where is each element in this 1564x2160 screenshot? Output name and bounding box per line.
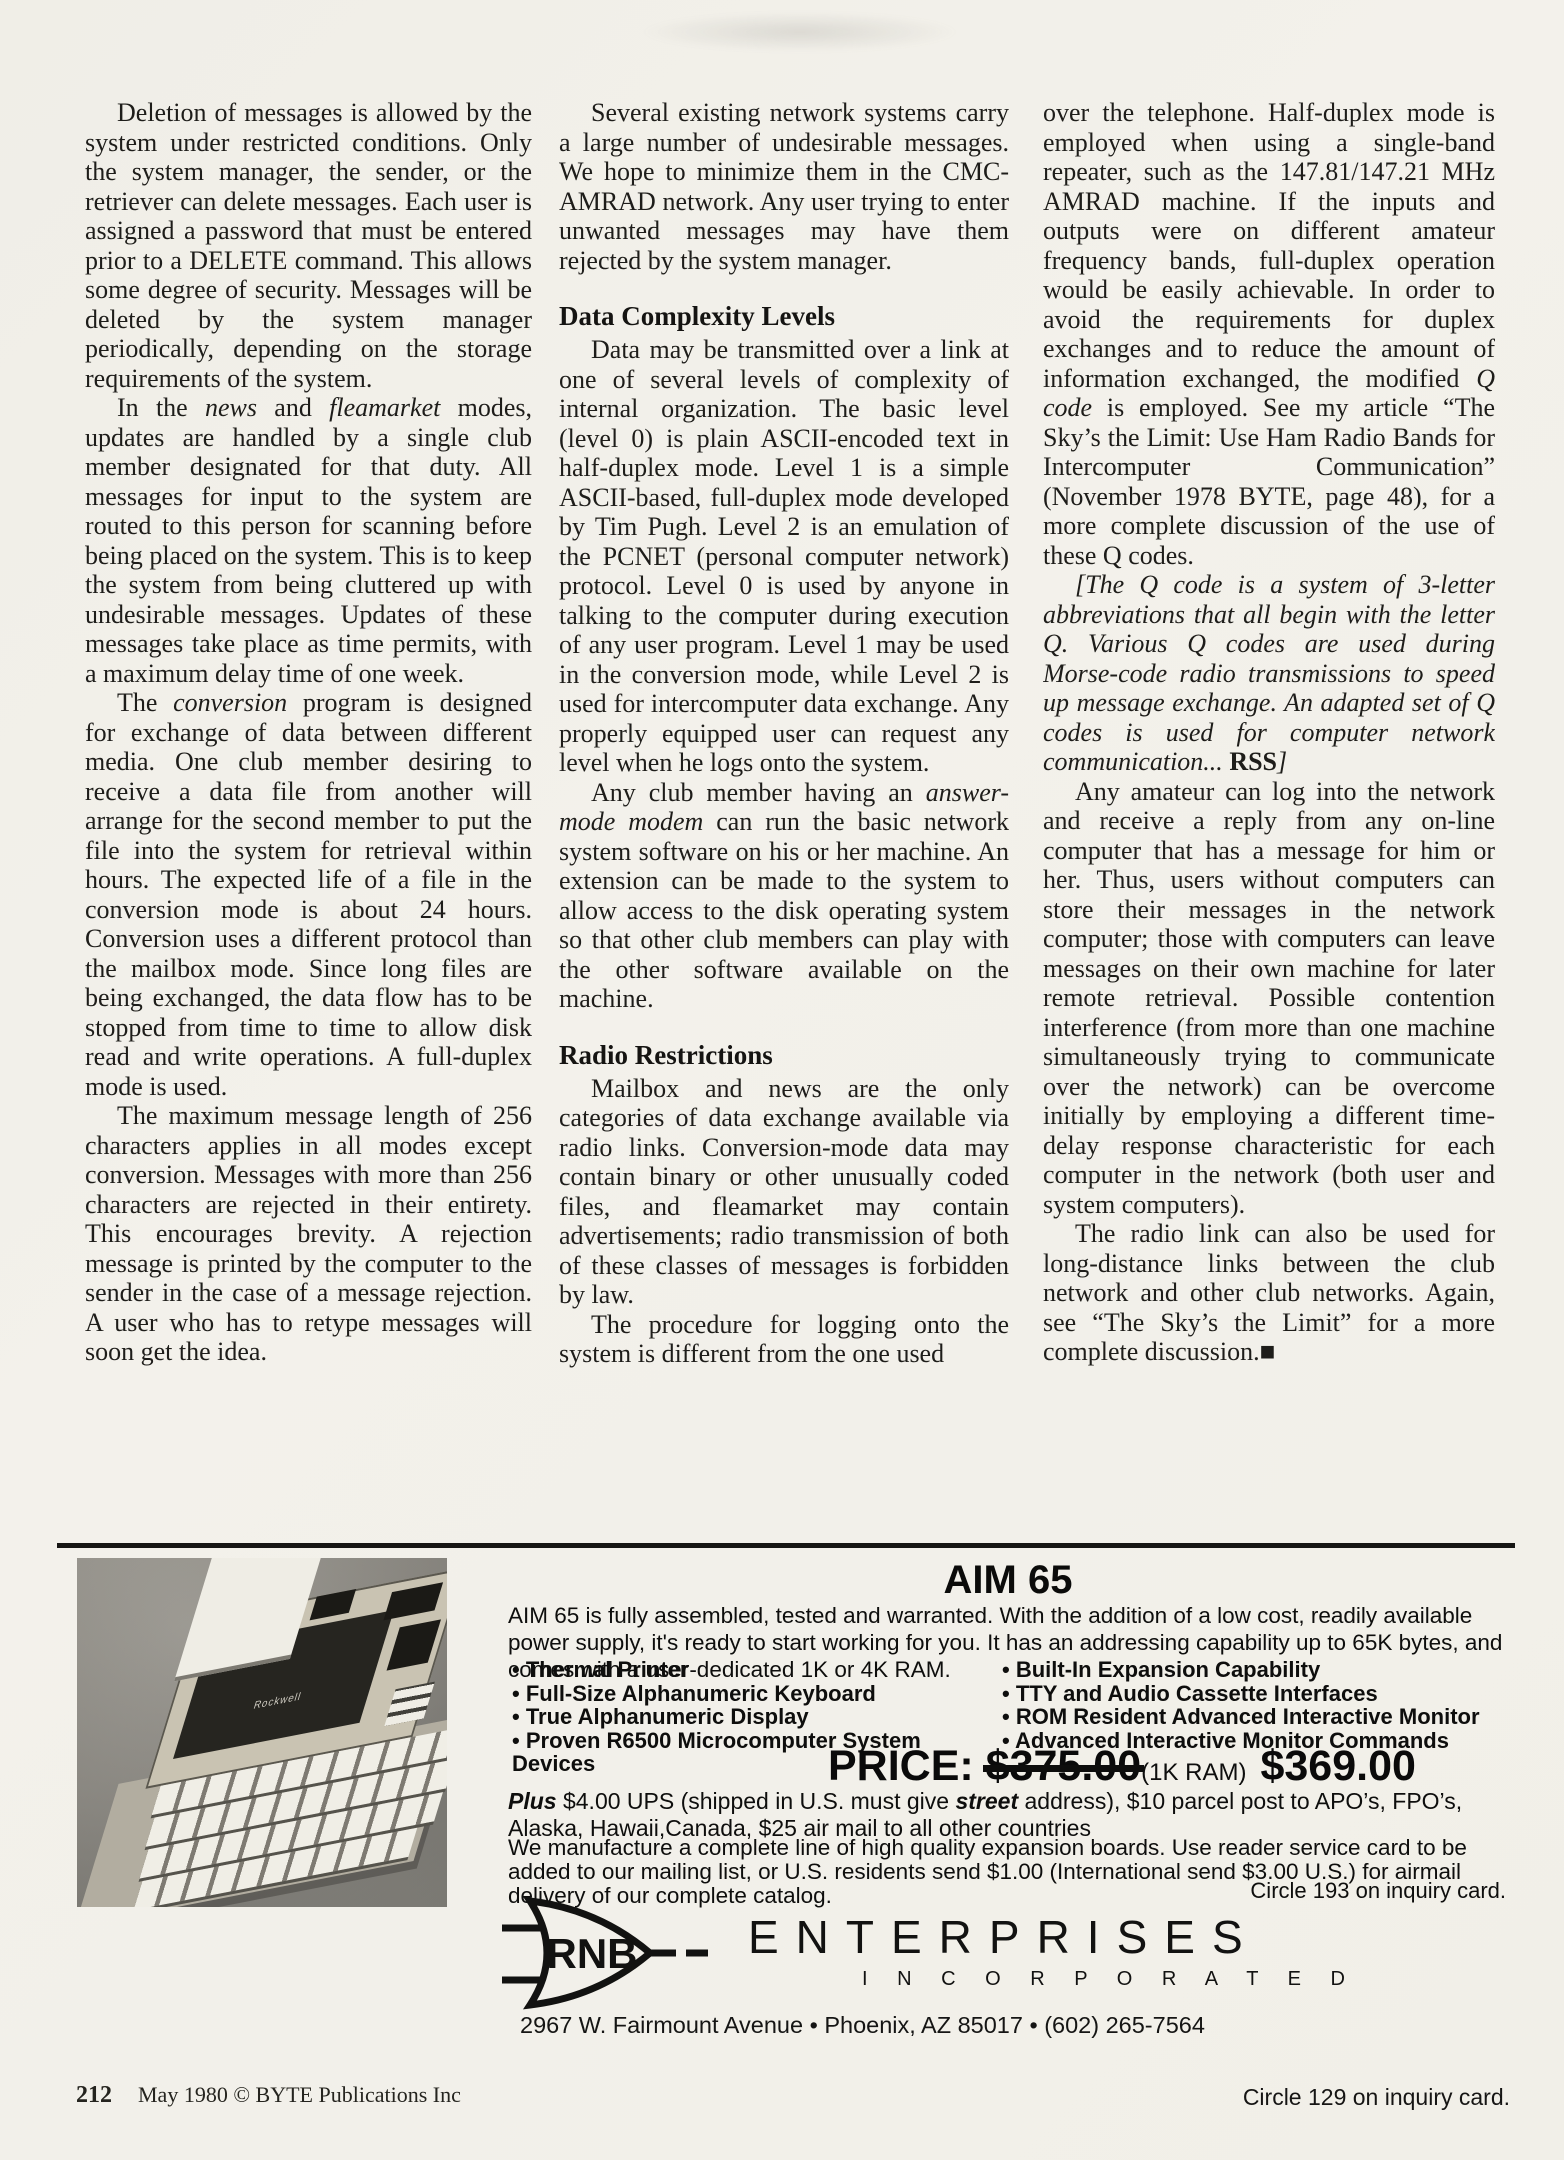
photo-chip [383, 1582, 443, 1620]
text-segment: is employed. See my article “The Sky’s t… [1043, 393, 1495, 570]
footer-left: 212May 1980 © BYTE Publications Inc [76, 2082, 461, 2109]
article-paragraph: over the telephone. Half-duplex mode is … [1043, 98, 1495, 570]
ad-price-row: PRICE: $375.00(1K RAM)$369.00 [828, 1742, 1416, 1791]
text-segment: ] [1277, 747, 1287, 776]
section-divider-rule [57, 1543, 1515, 1548]
ad-feature-item: Full-Size Alphanumeric Keyboard [512, 1682, 982, 1706]
text-segment: Several existing network systems carry a… [559, 98, 1009, 275]
ad-feature-item: Built-In Expansion Capability [1002, 1658, 1512, 1682]
article-paragraph: The maximum message length of 256 charac… [85, 1101, 532, 1367]
text-segment: over the telephone. Half-duplex mode is … [1043, 98, 1495, 393]
company-address: 2967 W. Fairmount Avenue • Phoenix, AZ 8… [520, 2012, 1205, 2039]
article-paragraph: Data may be transmitted over a link at o… [559, 335, 1009, 778]
article-paragraph: Any club member having an answer-mode mo… [559, 778, 1009, 1014]
new-price: $369.00 [1260, 1742, 1415, 1790]
photo-board-label: Rockwell [252, 1691, 303, 1712]
ad-feature-item: TTY and Audio Cassette Interfaces [1002, 1682, 1512, 1706]
logo-gate-text: RNB [547, 1930, 638, 1977]
footer-credit: May 1980 © BYTE Publications Inc [138, 2082, 461, 2107]
photo-connector-strip [384, 1682, 435, 1726]
photo-computer-group: Rockwell [77, 1558, 447, 1907]
article-column-2: Several existing network systems carry a… [559, 98, 1009, 1538]
text-segment: $4.00 UPS (shipped in U.S. must give [557, 1788, 956, 1814]
price-label: PRICE: [828, 1742, 986, 1790]
article-paragraph: [The Q code is a system of 3-letter abbr… [1043, 570, 1495, 777]
photo-chip [310, 1589, 357, 1620]
text-segment: news [205, 393, 257, 422]
ad-feature-list-right: Built-In Expansion CapabilityTTY and Aud… [1002, 1658, 1512, 1752]
section-heading: Data Complexity Levels [559, 301, 1009, 331]
article-paragraph: Mailbox and news are the only categories… [559, 1074, 1009, 1310]
ad-feature-item: True Alphanumeric Display [512, 1705, 982, 1729]
article-paragraph: The procedure for logging onto the syste… [559, 1310, 1009, 1369]
article-paragraph: In the news and fleamarket modes, update… [85, 393, 532, 688]
text-segment: In the [117, 393, 205, 422]
article-paragraph: Several existing network systems carry a… [559, 98, 1009, 275]
aim65-product-photo: Rockwell [77, 1558, 447, 1907]
price-ram-note: (1K RAM) [1141, 1759, 1246, 1786]
section-heading: Radio Restrictions [559, 1040, 1009, 1070]
scan-smudge-artifact [640, 12, 960, 52]
ad-shipping-terms: Plus $4.00 UPS (shipped in U.S. must giv… [508, 1788, 1518, 1842]
article-column-1: Deletion of messages is allowed by the s… [85, 98, 532, 1538]
ad-circle-note: Circle 193 on inquiry card. [1250, 1878, 1506, 1904]
ad-feature-item: Thermal Printer [512, 1658, 982, 1682]
photo-chip [387, 1619, 441, 1670]
text-segment: The radio link can also be used for long… [1043, 1219, 1495, 1366]
company-name: ENTERPRISES [748, 1910, 1260, 1964]
text-segment: street [955, 1788, 1018, 1814]
text-segment: and [257, 393, 329, 422]
text-segment: Plus [508, 1788, 557, 1814]
article-paragraph: Any amateur can log into the network and… [1043, 777, 1495, 1220]
text-segment: program is designed for exchange of data… [85, 688, 532, 1101]
text-segment: Mailbox and news are the only categories… [559, 1074, 1009, 1310]
text-segment: The maximum message length of 256 charac… [85, 1101, 532, 1366]
text-segment: Data may be transmitted over a link at o… [559, 335, 1009, 777]
text-segment: can run the basic network system softwar… [559, 807, 1009, 1013]
text-segment: The [117, 688, 173, 717]
page-number: 212 [76, 2082, 112, 2108]
text-segment: Any amateur can log into the network and… [1043, 777, 1495, 1219]
text-segment: [The Q code is a system of 3-letter abbr… [1043, 570, 1495, 776]
article-column-3: over the telephone. Half-duplex mode is … [1043, 98, 1495, 1538]
ad-feature-item: ROM Resident Advanced Interactive Monito… [1002, 1705, 1512, 1729]
text-segment: Deletion of messages is allowed by the s… [85, 98, 532, 393]
magazine-page: { "article": { "columns": [ {"blocks": [… [0, 0, 1564, 2160]
text-segment: RSS [1229, 747, 1277, 776]
text-segment: modes, updates are handled by a single c… [85, 393, 532, 688]
old-price-struck: $375.00 [986, 1742, 1141, 1791]
text-segment: conversion [173, 688, 287, 717]
ad-headline: AIM 65 [508, 1558, 1508, 1603]
company-incorporated: I N C O R P O R A T E D [862, 1968, 1357, 1991]
article-paragraph: The radio link can also be used for long… [1043, 1219, 1495, 1367]
rnb-or-gate-logo: RNB [500, 1896, 732, 2010]
article-paragraph: The conversion program is designed for e… [85, 688, 532, 1101]
text-segment: fleamarket [329, 393, 440, 422]
article-paragraph: Deletion of messages is allowed by the s… [85, 98, 532, 393]
text-segment: Any club member having an [591, 778, 926, 807]
text-segment: The procedure for logging onto the syste… [559, 1310, 1009, 1369]
footer-circle-note: Circle 129 on inquiry card. [1243, 2084, 1510, 2111]
